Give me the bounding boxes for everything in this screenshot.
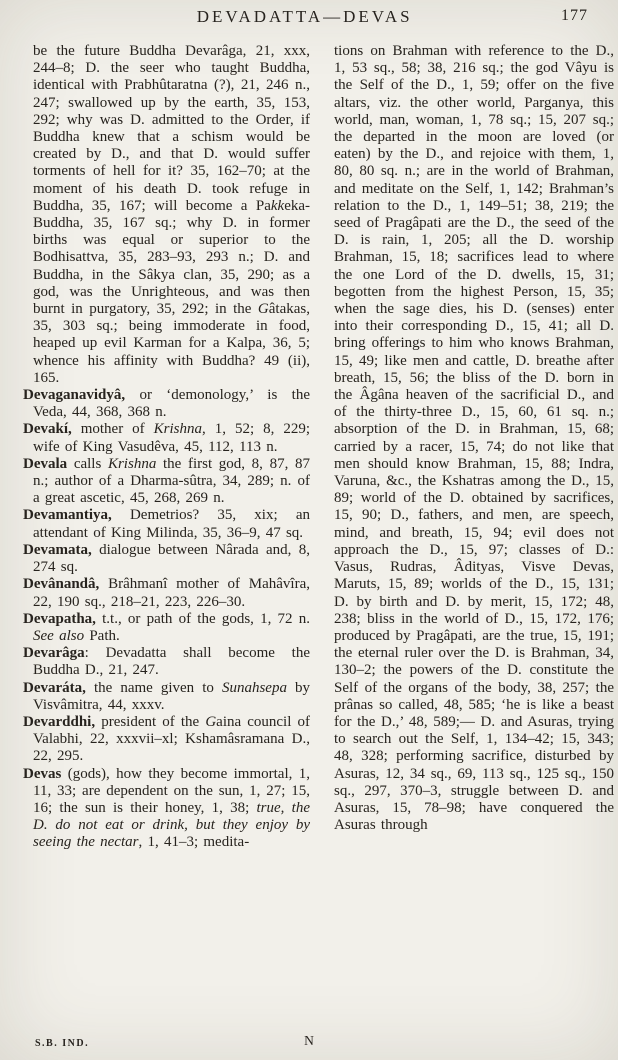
index-entry: Devânandâ, Brâhmanî mother of Mahâvîra, …: [23, 576, 310, 610]
entry-headword: Devaráta,: [23, 680, 86, 696]
book-page: DEVADATTA—DEVAS 177 be the future Buddha…: [0, 0, 618, 1060]
entry-headword: Devarâga: [23, 645, 85, 661]
index-entry: Devaráta, the name given to Sunahsepa by…: [23, 680, 310, 714]
index-entry: Devala calls Krishna the first god, 8, 8…: [23, 456, 310, 508]
gathering-mark: N: [304, 1033, 314, 1049]
running-title: DEVADATTA—DEVAS: [197, 7, 413, 27]
index-entry: Devarâga: Devadatta shall become the Bud…: [23, 645, 310, 679]
index-entry: Devamantiya, Demetrios? 35, xix; an atte…: [23, 507, 310, 541]
index-entry: Devakí, mother of Krishna, 1, 52; 8, 229…: [23, 421, 310, 455]
index-entry: Devaganavidyâ, or ‘demonology,’ is the V…: [23, 387, 310, 421]
index-entry: tions on Brahman with reference to the D…: [324, 43, 614, 834]
entry-headword: Devamantiya,: [23, 507, 112, 523]
entry-headword: Devapatha,: [23, 611, 96, 627]
entry-headword: Devala: [23, 456, 67, 472]
text-columns: be the future Buddha Devarâga, 21, xxx, …: [23, 43, 614, 852]
entry-headword: Devaganavidyâ,: [23, 387, 125, 403]
right-column: tions on Brahman with reference to the D…: [324, 43, 614, 852]
entry-headword: Devamata,: [23, 542, 92, 558]
left-column: be the future Buddha Devarâga, 21, xxx, …: [23, 43, 310, 852]
page-header: DEVADATTA—DEVAS 177: [0, 7, 618, 31]
series-signature: S.B. IND.: [35, 1038, 89, 1049]
index-entry: Devamata, dialogue between Nârada and, 8…: [23, 542, 310, 576]
page-footer: S.B. IND. N: [0, 1034, 618, 1051]
page-number: 177: [561, 7, 588, 25]
index-entry: Devapatha, t.t., or path of the gods, 1,…: [23, 611, 310, 645]
entry-headword: Devas: [23, 766, 61, 782]
index-entry: Devarddhi, president of the Gaina counci…: [23, 714, 310, 766]
entry-headword: Devakí,: [23, 421, 72, 437]
index-entry: be the future Buddha Devarâga, 21, xxx, …: [23, 43, 310, 387]
entry-headword: Devarddhi,: [23, 714, 95, 730]
entry-headword: Devânandâ,: [23, 576, 99, 592]
index-entry: Devas (gods), how they become immortal, …: [23, 766, 310, 852]
